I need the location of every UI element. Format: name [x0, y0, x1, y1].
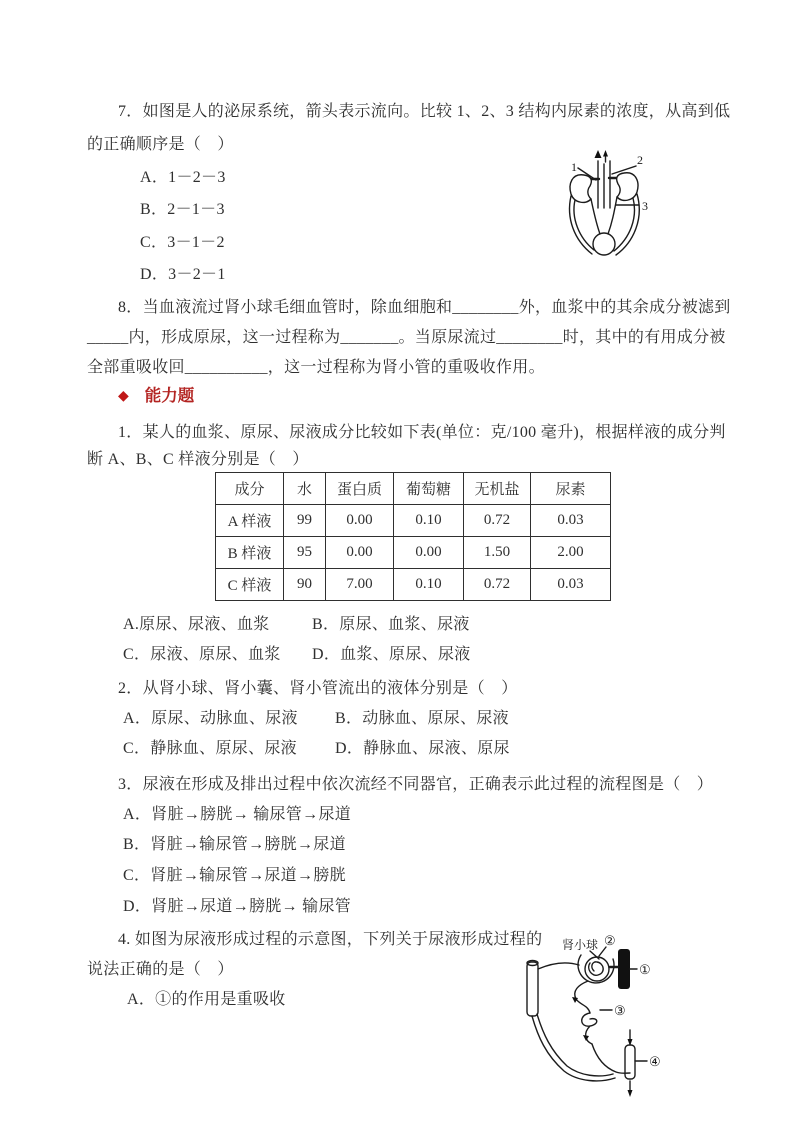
section-title: 能力题 [145, 387, 195, 405]
th-glucose: 葡萄糖 [394, 473, 464, 505]
mark-3: ③ [614, 1003, 626, 1018]
q1-option-a: A.原尿、尿液、血浆 [123, 616, 270, 633]
q7-line-1: 7．如图是人的泌尿系统，箭头表示流向。比较 1、2、3 结构内尿素的浓度，从高到… [118, 101, 730, 123]
cell-b-glucose: 0.00 [394, 537, 464, 569]
urinary-system-figure: 1 2 3 [558, 148, 663, 263]
q1-option-d: D．血浆、原尿、尿液 [312, 644, 471, 666]
q8-line-2: _____内，形成原尿，这一过程称为_______。当原尿流过________时… [87, 327, 726, 349]
q7-option-c: C．3－1－2 [140, 232, 225, 254]
long-loop-inner [537, 1014, 613, 1076]
cell-b-water: 95 [284, 537, 326, 569]
cell-b-protein: 0.00 [326, 537, 394, 569]
q1-option-row-2: C．尿液、原尿、血浆 D．血浆、原尿、尿液 [87, 644, 281, 666]
cell-b-salts: 1.50 [464, 537, 531, 569]
vessel-bar [618, 949, 630, 989]
leader-1 [578, 168, 596, 180]
section-header: ◆能力题 [118, 383, 194, 407]
th-salts: 无机盐 [464, 473, 531, 505]
q3-option-a: A．肾脏→膀胱→ 输尿管→尿道 [123, 804, 351, 826]
q7-option-b: B．2－1－3 [140, 199, 225, 221]
q7-option-d: D．3－2－1 [140, 264, 226, 286]
arrow-up-left [595, 150, 602, 158]
flow-arrow-2 [583, 1035, 589, 1041]
mark-4: ④ [649, 1054, 661, 1069]
worksheet-page: 7．如图是人的泌尿系统，箭头表示流向。比较 1、2、3 结构内尿素的浓度，从高到… [0, 0, 800, 1131]
diamond-bullet-icon: ◆ [118, 387, 129, 403]
q3-option-b: B．肾脏→输尿管→膀胱→尿道 [123, 834, 346, 856]
cell-c-protein: 7.00 [326, 569, 394, 601]
q1-line-2: 断 A、B、C 样液分别是（ ） [87, 449, 309, 471]
th-protein: 蛋白质 [326, 473, 394, 505]
leader-mark-2 [599, 947, 606, 956]
q1-line-1: 1．某人的血浆、原尿、尿液成分比较如下表(单位：克/100 毫升)，根据样液的成… [118, 422, 726, 444]
table-header-row: 成分 水 蛋白质 葡萄糖 无机盐 尿素 [216, 473, 611, 505]
table-row: C 样液 90 7.00 0.10 0.72 0.03 [216, 569, 611, 601]
pelvis-left-inner [574, 200, 594, 250]
q3-question: 3．尿液在形成及排出过程中依次流经不同器官，正确表示此过程的流程图是（ ） [118, 774, 713, 796]
q2-question: 2．从肾小球、肾小囊、肾小管流出的液体分别是（ ） [118, 678, 518, 700]
th-water: 水 [284, 473, 326, 505]
components-table: 成分 水 蛋白质 葡萄糖 无机盐 尿素 A 样液 99 0.00 0.10 0.… [215, 472, 611, 601]
cell-a-glucose: 0.10 [394, 505, 464, 537]
th-urea: 尿素 [531, 473, 611, 505]
cell-b-label: B 样液 [216, 537, 284, 569]
arrow-out-vessel-head [628, 1090, 633, 1097]
cell-a-urea: 0.03 [531, 505, 611, 537]
table-row: B 样液 95 0.00 0.00 1.50 2.00 [216, 537, 611, 569]
glomerulus-coil [589, 962, 603, 975]
cell-c-label: C 样液 [216, 569, 284, 601]
q1-option-b: B．原尿、血浆、尿液 [312, 614, 470, 636]
urinary-system-svg: 1 2 3 [558, 148, 663, 263]
kidney-left [570, 175, 591, 203]
tubule-upper [575, 981, 590, 1013]
label-3: 3 [642, 199, 648, 213]
q2-option-row-2: C．静脉血、原尿、尿液 D．静脉血、尿液、原尿 [87, 738, 297, 760]
long-loop-outer [532, 1016, 615, 1081]
cell-c-water: 90 [284, 569, 326, 601]
cell-a-water: 99 [284, 505, 326, 537]
tubule-lower [592, 1044, 630, 1073]
collecting-vessel [625, 1045, 635, 1079]
bladder [593, 233, 615, 255]
q4-option-a: A．①的作用是重吸收 [127, 989, 286, 1011]
tubule-coil-1 [582, 1013, 597, 1026]
mark-2: ② [604, 933, 616, 948]
nephron-svg: 肾小球 ② ① ③ ④ [520, 925, 720, 1120]
label-glomerulus: 肾小球 [562, 937, 598, 952]
q7-line-2: 的正确顺序是（ ） [87, 134, 234, 156]
q2-option-row-1: A．原尿、动脉血、尿液 B．动脉血、原尿、尿液 [87, 708, 298, 730]
q2-option-b: B．动脉血、原尿、尿液 [335, 708, 509, 730]
q2-option-c: C．静脉血、原尿、尿液 [123, 740, 297, 757]
kidney-right [617, 173, 638, 201]
label-1: 1 [571, 160, 577, 174]
tubule-coil-2 [586, 1026, 592, 1044]
cell-a-label: A 样液 [216, 505, 284, 537]
cell-a-protein: 0.00 [326, 505, 394, 537]
cell-b-urea: 2.00 [531, 537, 611, 569]
q4-line-1: 4. 如图为尿液形成过程的示意图，下列关于尿液形成过程的 [118, 929, 542, 951]
q2-option-d: D．静脉血、尿液、原尿 [335, 738, 510, 760]
q7-option-a: A．1－2－3 [140, 167, 226, 189]
mark-1: ① [639, 962, 651, 977]
afferent-tube [538, 963, 579, 969]
left-vessel [527, 962, 538, 1016]
cell-c-salts: 0.72 [464, 569, 531, 601]
nephron-figure: 肾小球 ② ① ③ ④ [520, 925, 720, 1120]
cell-a-salts: 0.72 [464, 505, 531, 537]
q1-option-c: C．尿液、原尿、血浆 [123, 646, 281, 663]
pelvis-right-inner [614, 198, 634, 251]
th-component: 成分 [216, 473, 284, 505]
q2-option-a: A．原尿、动脉血、尿液 [123, 710, 298, 727]
q8-line-3: 全部重吸收回__________，这一过程称为肾小管的重吸收作用。 [87, 357, 545, 379]
q8-line-1: 8．当血液流过肾小球毛细血管时，除血细胞和________外，血浆中的其余成分被… [118, 297, 731, 319]
q4-line-2: 说法正确的是（ ） [87, 959, 234, 981]
cell-c-glucose: 0.10 [394, 569, 464, 601]
cell-c-urea: 0.03 [531, 569, 611, 601]
q3-option-d: D．肾脏→尿道→膀胱→ 输尿管 [123, 896, 351, 918]
q3-option-c: C．肾脏→输尿管→尿道→膀胱 [123, 865, 346, 887]
arrow-up-right-head [603, 150, 608, 157]
label-2: 2 [637, 153, 643, 167]
q1-option-row-1: A.原尿、尿液、血浆 B．原尿、血浆、尿液 [87, 614, 270, 636]
table-row: A 样液 99 0.00 0.10 0.72 0.03 [216, 505, 611, 537]
